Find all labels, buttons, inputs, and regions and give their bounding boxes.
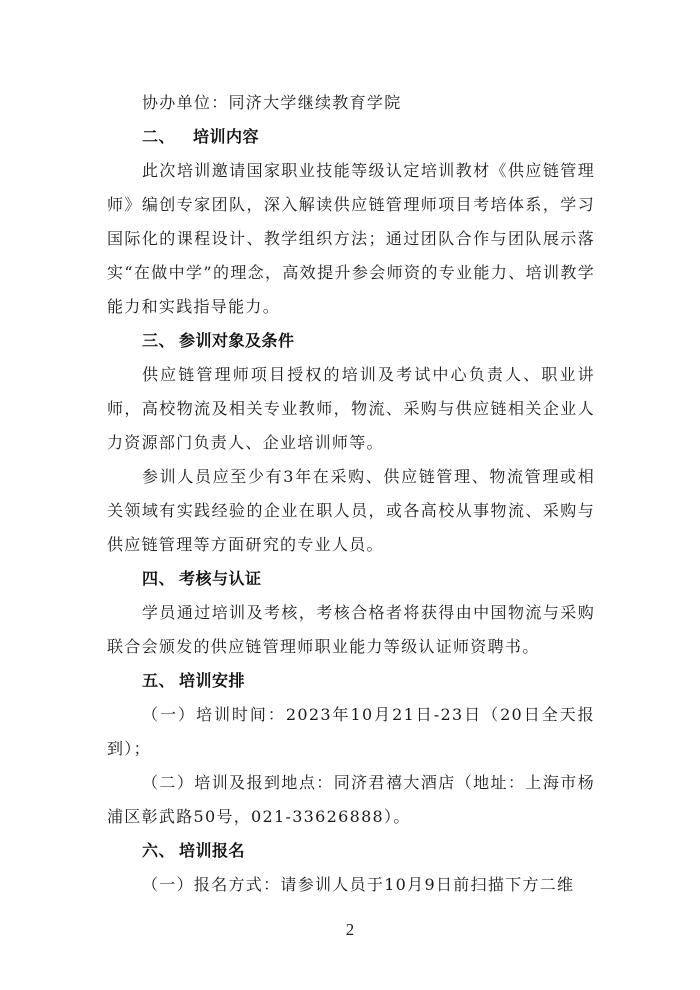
section-number: 二、: [142, 127, 175, 146]
paragraph: 此次培训邀请国家职业技能等级认定培训教材《供应链管理师》编创专家团队，深入解读供…: [107, 154, 595, 324]
section-title: 参训对象及条件: [179, 331, 295, 350]
section-title: 培训报名: [179, 841, 245, 860]
paragraph: 参训人员应至少有3年在采购、供应链管理、物流管理或相关领域有实践经验的企业在职人…: [107, 460, 595, 562]
page-number: 2: [0, 920, 700, 940]
paragraph: （二）培训及报到地点：同济君禧大酒店（地址：上海市杨浦区彰武路50号，021-3…: [107, 766, 595, 834]
section-number: 六、: [142, 841, 175, 860]
paragraph: （一）培训时间：2023年10月21日-23日（20日全天报到）；: [107, 698, 595, 766]
document-page: 协办单位：同济大学继续教育学院 二、培训内容 此次培训邀请国家职业技能等级认定培…: [107, 86, 595, 902]
section-heading-4: 四、考核与认证: [107, 562, 595, 596]
section-heading-5: 五、培训安排: [107, 664, 595, 698]
section-title: 培训安排: [179, 671, 245, 690]
section-heading-6: 六、培训报名: [107, 834, 595, 868]
section-number: 五、: [142, 671, 175, 690]
co-organizer-line: 协办单位：同济大学继续教育学院: [107, 86, 595, 120]
paragraph: 学员通过培训及考核，考核合格者将获得由中国物流与采购联合会颁发的供应链管理师职业…: [107, 596, 595, 664]
section-title: 考核与认证: [179, 569, 262, 588]
section-number: 四、: [142, 569, 175, 588]
paragraph: （一）报名方式：请参训人员于10月9日前扫描下方二维: [107, 868, 595, 902]
section-heading-3: 三、参训对象及条件: [107, 324, 595, 358]
section-number: 三、: [142, 331, 175, 350]
section-heading-2: 二、培训内容: [107, 120, 595, 154]
paragraph: 供应链管理师项目授权的培训及考试中心负责人、职业讲师，高校物流及相关专业教师，物…: [107, 358, 595, 460]
section-title: 培训内容: [193, 127, 259, 146]
